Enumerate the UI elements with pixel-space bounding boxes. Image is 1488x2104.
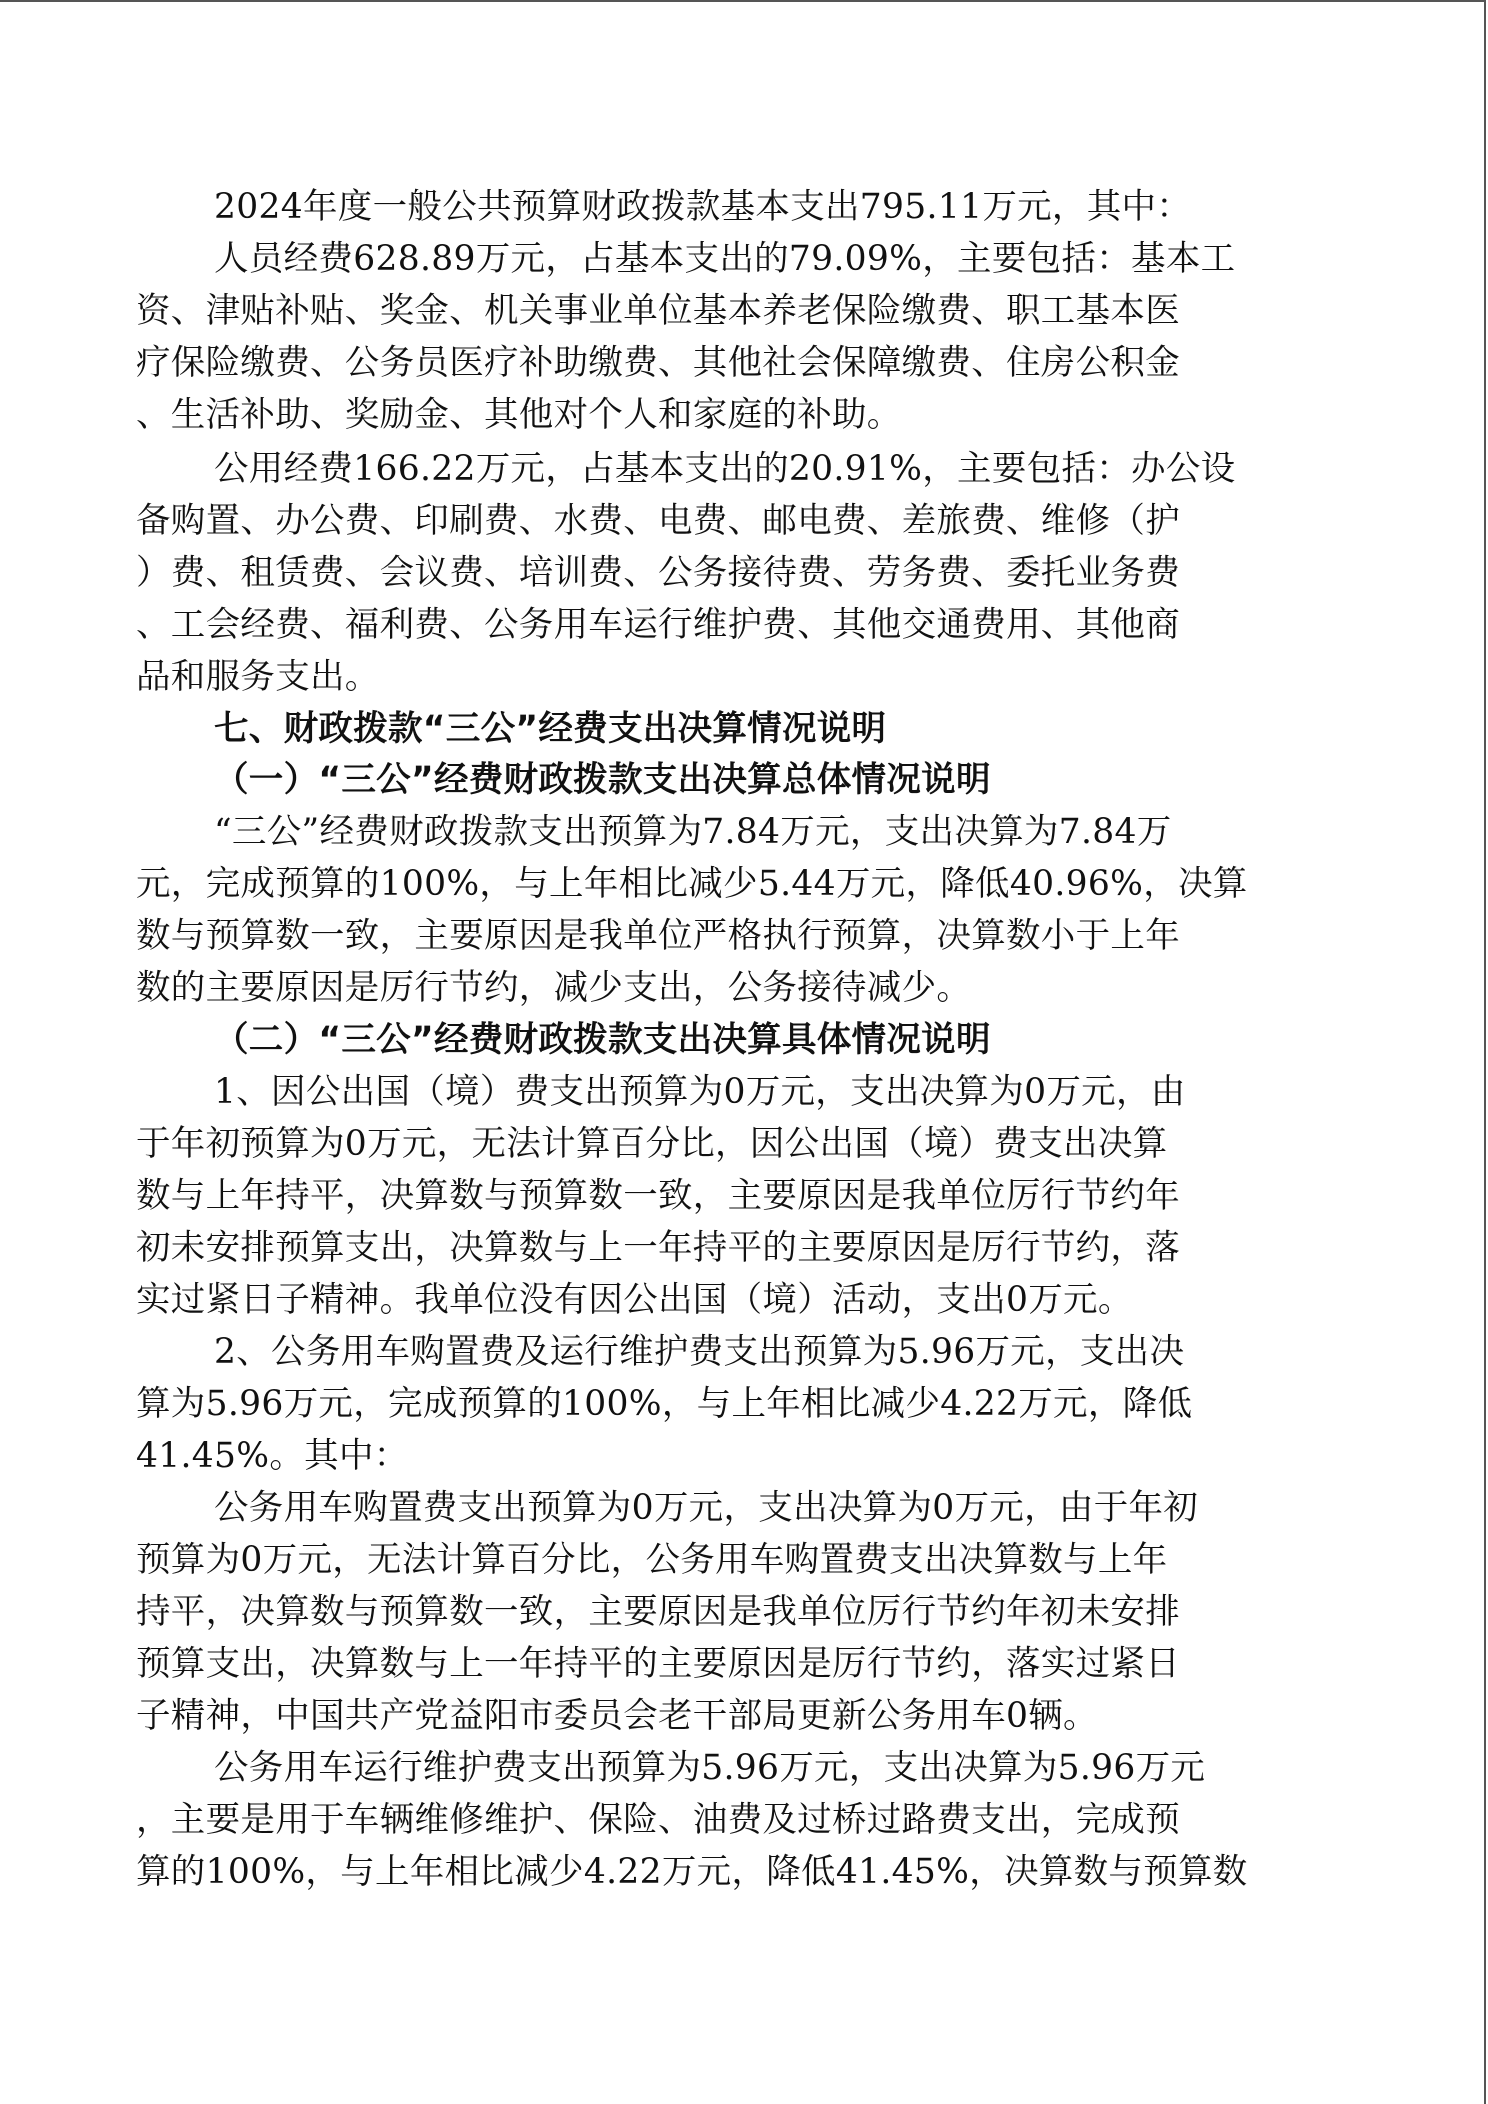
text-line: 数与预算数一致，主要原因是我单位严格执行预算，决算数小于上年 [136, 910, 1180, 962]
paragraph-basic-expenditure: 2024年度一般公共预算财政拨款基本支出795.11万元，其中： [214, 181, 1191, 233]
text-line: 备购置、办公费、印刷费、水费、电费、邮电费、差旅费、维修（护 [136, 495, 1180, 547]
subsection-heading-two: （二）“三公”经费财政拨款支出决算具体情况说明 [214, 1014, 991, 1066]
text-line: 预算支出，决算数与上一年持平的主要原因是厉行节约，落实过紧日 [136, 1638, 1180, 1690]
text-line: 品和服务支出。 [136, 651, 380, 703]
subsection-heading-one: （一）“三公”经费财政拨款支出决算总体情况说明 [214, 754, 991, 806]
paragraph-vehicle-purchase: 公务用车购置费支出预算为0万元，支出决算为0万元，由于年初 [214, 1482, 1198, 1534]
text-line: 41.45%。其中： [136, 1430, 409, 1482]
text-line: 算的100%，与上年相比减少4.22万元，降低41.45%，决算数与预算数 [136, 1846, 1248, 1898]
text-line: 子精神，中国共产党益阳市委员会老干部局更新公务用车0辆。 [136, 1690, 1098, 1742]
text-line: 于年初预算为0万元，无法计算百分比，因公出国（境）费支出决算 [136, 1118, 1167, 1170]
text-line: 数与上年持平，决算数与预算数一致，主要原因是我单位厉行节约年 [136, 1170, 1180, 1222]
text-line: 资、津贴补贴、奖金、机关事业单位基本养老保险缴费、职工基本医 [136, 285, 1180, 337]
text-line: ）费、租赁费、会议费、培训费、公务接待费、劳务费、委托业务费 [136, 547, 1180, 599]
paragraph-vehicle-maintenance: 公务用车运行维护费支出预算为5.96万元，支出决算为5.96万元 [214, 1742, 1205, 1794]
document-page: 2024年度一般公共预算财政拨款基本支出795.11万元，其中： 人员经费628… [0, 0, 1486, 2104]
text-line: 、生活补助、奖励金、其他对个人和家庭的补助。 [136, 389, 902, 441]
text-line: 疗保险缴费、公务员医疗补助缴费、其他社会保障缴费、住房公积金 [136, 337, 1180, 389]
text-line: 、工会经费、福利费、公务用车运行维护费、其他交通费用、其他商 [136, 599, 1180, 651]
text-line: 持平，决算数与预算数一致，主要原因是我单位厉行节约年初未安排 [136, 1586, 1180, 1638]
paragraph-public-expenses: 公用经费166.22万元，占基本支出的20.91%，主要包括：办公设 [214, 443, 1235, 495]
text-line: 数的主要原因是厉行节约，减少支出，公务接待减少。 [136, 962, 971, 1014]
paragraph-three-public-overall: “三公”经费财政拨款支出预算为7.84万元，支出决算为7.84万 [214, 806, 1172, 858]
section-heading-seven: 七、财政拨款“三公”经费支出决算情况说明 [214, 703, 886, 755]
text-line: 算为5.96万元，完成预算的100%，与上年相比减少4.22万元，降低 [136, 1378, 1192, 1430]
text-line: 元，完成预算的100%，与上年相比减少5.44万元，降低40.96%，决算 [136, 858, 1248, 910]
text-line: 初未安排预算支出，决算数与上一年持平的主要原因是厉行节约，落 [136, 1222, 1180, 1274]
text-line: 预算为0万元，无法计算百分比，公务用车购置费支出决算数与上年 [136, 1534, 1167, 1586]
text-line: ，主要是用于车辆维修维护、保险、油费及过桥过路费支出，完成预 [136, 1794, 1180, 1846]
paragraph-overseas-travel: 1、因公出国（境）费支出预算为0万元，支出决算为0万元，由 [214, 1066, 1186, 1118]
text-line: 实过紧日子精神。我单位没有因公出国（境）活动，支出0万元。 [136, 1274, 1133, 1326]
paragraph-official-vehicles: 2、公务用车购置费及运行维护费支出预算为5.96万元，支出决 [214, 1326, 1184, 1378]
paragraph-personnel-expenses: 人员经费628.89万元，占基本支出的79.09%，主要包括：基本工 [214, 233, 1235, 285]
